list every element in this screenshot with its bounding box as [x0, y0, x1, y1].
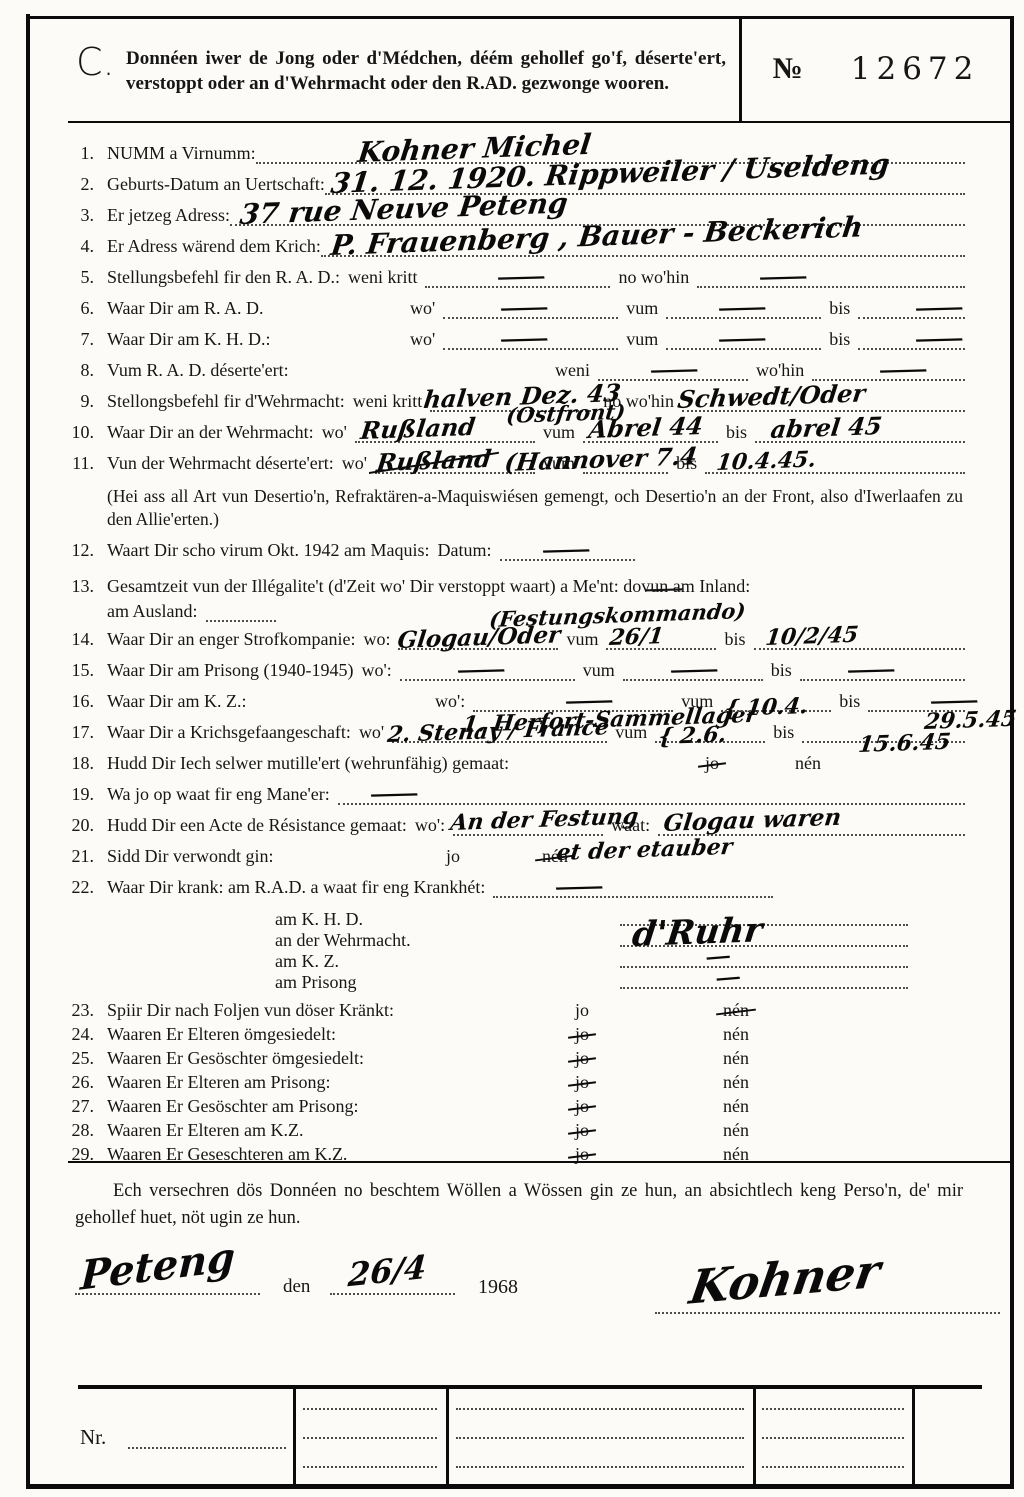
form-item-26: 26. Waaren Er Elteren am Prisong: jo nén — [60, 1075, 965, 1093]
handwritten-dash: — — [453, 657, 509, 682]
handwritten-dash: — — [537, 537, 593, 562]
cell-dotted-line — [303, 1466, 437, 1468]
item-number: 27. — [60, 1096, 94, 1117]
handwritten-dash: — — [714, 326, 770, 351]
field-dotted — [206, 609, 276, 622]
item-number: 4. — [60, 236, 94, 257]
field-dotted: — — [800, 668, 965, 681]
item-label: Vun der Wehrmacht déserte'ert: — [107, 453, 334, 474]
handwritten-place: Peteng — [79, 1233, 236, 1300]
form-item-11: 11. Vun der Wehrmacht déserte'ert: wo' R… — [60, 454, 965, 474]
form-item-22: 22. Waar Dir krank: am R.A.D. a waat fir… — [60, 878, 965, 898]
border-bottom — [26, 1484, 1014, 1489]
field-dotted: — — [858, 306, 965, 319]
item-label: Er Adress wärend dem Krich: — [107, 236, 321, 257]
form-item-20: 20. Hudd Dir een Acte de Résistance gema… — [60, 816, 965, 836]
answer-jo-crossed: jo — [575, 1072, 589, 1093]
field-label: wo' — [342, 453, 367, 474]
item-label: Waar Dir krank: am R.A.D. a waat fir eng… — [107, 877, 485, 898]
form-item-17: 17. Waar Dir a Krichsgefaangeschaft: wo'… — [60, 723, 965, 743]
field-dotted: Rußland (Ostfront) — [355, 430, 535, 443]
handwritten-value: 26/1 — [608, 623, 665, 651]
form-item-4: 4. Er Adress wärend dem Krich: P. Frauen… — [60, 237, 965, 257]
item-number: 2. — [60, 174, 94, 195]
field-label: wo': — [362, 660, 392, 681]
field-dotted: — — [697, 275, 965, 288]
item-number: 19. — [60, 784, 94, 805]
handwritten-dash: — — [714, 295, 770, 320]
handwritten-value: d'Ruhr — [630, 910, 765, 955]
item-11-note: (Hei ass all Art vun Desertio'n, Refrakt… — [107, 485, 963, 531]
handwritten-dash: — — [911, 295, 967, 320]
field-label: weni — [555, 360, 590, 381]
field-dotted: — — [338, 792, 965, 805]
item-number: 20. — [60, 815, 94, 836]
item-number: 24. — [60, 1024, 94, 1045]
answer-nen-crossed: nén — [723, 1000, 749, 1021]
field-dotted: — — [858, 337, 965, 350]
field-dotted: — — [493, 885, 773, 898]
field-label: bis — [829, 329, 850, 350]
field-label: weni kritt — [353, 391, 423, 412]
item-number: 9. — [60, 391, 94, 412]
border-right — [1010, 16, 1014, 1489]
field-dotted: P. Frauenberg , Bauer - Beckerich — [321, 244, 965, 257]
field-dotted: 10/2/45 — [754, 637, 966, 650]
item-label: NUMM a Virnumm: — [107, 143, 256, 164]
form-item-5: 5. Stellungsbefehl fir den R. A. D.: wen… — [60, 268, 965, 288]
item-label: Waar Dir am Prisong (1940-1945) — [107, 660, 354, 681]
handwritten-dash: — — [755, 264, 811, 289]
form-body: 1. NUMM a Virnumm: Kohner Michel 2. Gebu… — [60, 144, 965, 1171]
item-number: 11. — [60, 453, 94, 474]
nr-label: Nr. — [80, 1425, 106, 1450]
form-item-27: 27. Waaren Er Gesöschter am Prisong: jo … — [60, 1099, 965, 1117]
form-item-6: 6. Waar Dir am R. A. D. wo' — vum — bis … — [60, 299, 965, 319]
item-number: 15. — [60, 660, 94, 681]
field-dotted: — — [500, 548, 635, 561]
field-dotted — [583, 461, 668, 474]
form-item-22-sub-khd: am K. H. D. — [60, 909, 965, 928]
footer-col-line — [912, 1385, 915, 1484]
answer-nen: nén — [723, 1096, 749, 1117]
field-label: vum — [615, 722, 647, 743]
field-label: vum — [626, 329, 658, 350]
answer-nen: nén — [723, 1024, 749, 1045]
answer-jo-crossed: jo — [575, 1024, 589, 1045]
header-rule — [68, 121, 1010, 123]
border-left — [26, 14, 30, 1489]
item-sublabel: am K. H. D. — [275, 909, 363, 929]
item-number: 7. — [60, 329, 94, 350]
handwritten-dash: — — [496, 295, 552, 320]
footer-col-line — [753, 1385, 756, 1484]
answer-nen-crossed: nén — [542, 846, 568, 867]
field-dotted: — — [443, 306, 618, 319]
field-label: bis — [724, 629, 745, 650]
item-label: Vum R. A. D. déserte'ert: — [107, 360, 547, 381]
field-label: wo': — [415, 815, 445, 836]
item-label: Waar Dir an der Wehrmacht: — [107, 422, 314, 443]
section-title: Donnéen iwer de Jong oder d'Médchen, déé… — [126, 46, 726, 96]
item-label: Waar Dir am R. A. D. — [107, 298, 402, 319]
footer-col-line — [293, 1385, 296, 1484]
handwritten-value: { 2.6. — [657, 722, 728, 750]
handwritten-dash: — — [493, 264, 549, 289]
field-label: wo' — [410, 329, 435, 350]
cell-dotted-line — [762, 1408, 904, 1410]
field-label: weni kritt — [348, 267, 418, 288]
den-label: den — [283, 1276, 310, 1298]
answer-jo-crossed: jo — [575, 1048, 589, 1069]
item-number: 25. — [60, 1048, 94, 1069]
field-dotted: An der Festung — [453, 823, 603, 836]
field-dotted: 2. Stenay / France — [392, 730, 607, 743]
field-dotted: — — [443, 337, 618, 350]
field-dotted: Schwedt/Oder — [682, 399, 965, 412]
footer-table-top — [78, 1385, 982, 1389]
field-dotted: 15.6.45 — [802, 730, 965, 743]
item-number: 22. — [60, 877, 94, 898]
field-label: wo': — [435, 691, 465, 712]
item-label: Waar Dir am K. H. D.: — [107, 329, 402, 350]
field-label: vum — [566, 629, 598, 650]
field-dotted: — — [620, 976, 908, 989]
item-number: 3. — [60, 205, 94, 226]
item-sublabel: am Ausland: — [107, 601, 198, 622]
item-label: Stellungsbefehl fir den R. A. D.: — [107, 267, 340, 288]
item-label: Geburts-Datum an Uertschaft: — [107, 174, 325, 195]
item-label: Waar Dir an enger Strofkompanie: — [107, 629, 355, 650]
handwritten-value: Glogau waren — [662, 804, 843, 837]
answer-jo-crossed: jo — [575, 1120, 589, 1141]
item-label: Wa jo op waat fir eng Mane'er: — [107, 784, 330, 805]
item-number: 5. — [60, 267, 94, 288]
handwritten-dash: — — [366, 781, 422, 806]
field-dotted: — — [666, 337, 821, 350]
field-dotted: 10.4.45. — [705, 461, 965, 474]
item-number: 17. — [60, 722, 94, 743]
field-dotted: d'Ruhr — [620, 934, 908, 947]
item-number: 8. — [60, 360, 94, 381]
handwritten-value: 2. Stenay / France — [386, 714, 611, 748]
item-number: 6. — [60, 298, 94, 319]
item-label: Waaren Er Gesöschter ömgesiedelt: — [107, 1048, 364, 1069]
form-item-14: 14. Waar Dir an enger Strofkompanie: wo:… — [60, 630, 965, 650]
handwritten-date: 26/4 — [347, 1248, 428, 1295]
field-label: bis — [829, 298, 850, 319]
form-item-16: 16. Waar Dir am K. Z.: wo': — 1. Herfort… — [60, 692, 965, 712]
form-item-19: 19. Wa jo op waat fir eng Mane'er: — — [60, 785, 965, 805]
item-number: 10. — [60, 422, 94, 443]
cell-dotted-line — [456, 1437, 744, 1439]
form-item-22-sub-prisong: am Prisong — — [60, 972, 965, 991]
section-letter: C. — [76, 40, 115, 84]
answer-nen: nén — [795, 753, 821, 774]
item-number: 26. — [60, 1072, 94, 1093]
section-rule — [68, 1161, 1010, 1163]
field-label: no wo'hin — [618, 267, 689, 288]
field-label: bis — [771, 660, 792, 681]
item-number: 23. — [60, 1000, 94, 1021]
document-page: C. Donnéen iwer de Jong oder d'Médchen, … — [0, 0, 1024, 1497]
form-item-23: 23. Spiir Dir nach Foljen vun döser Krän… — [60, 1003, 965, 1021]
item-label: Waaren Er Elteren am Prisong: — [107, 1072, 330, 1093]
handwritten-dash: — — [646, 357, 702, 382]
field-label: wo' — [322, 422, 347, 443]
item-sublabel: an der Wehrmacht. — [275, 930, 411, 950]
answer-nen: nén — [723, 1072, 749, 1093]
cell-dotted-line — [762, 1437, 904, 1439]
answer-jo: jo — [575, 1000, 589, 1021]
form-item-28: 28. Waaren Er Elteren am K.Z. jo nén — [60, 1123, 965, 1141]
handwritten-signature: Kohner — [686, 1243, 884, 1315]
item-label: Waar Dir am K. Z.: — [107, 691, 427, 712]
field-label: bis — [773, 722, 794, 743]
handwritten-dash: — — [843, 657, 899, 682]
numero-sign: № — [773, 52, 803, 86]
item-number: 14. — [60, 629, 94, 650]
item-label: Hudd Dir een Acte de Résistance gemaat: — [107, 815, 407, 836]
item-label: Waaren Er Gesöschter am Prisong: — [107, 1096, 358, 1117]
form-item-22-sub-kz: am K. Z. — — [60, 951, 965, 970]
item-number: 16. — [60, 691, 94, 712]
field-label: vum — [583, 660, 615, 681]
answer-nen: nén — [723, 1120, 749, 1141]
cell-dotted-line — [456, 1408, 744, 1410]
item-label: Waaren Er Elteren ömgesiedelt: — [107, 1024, 336, 1045]
form-number: № 12672 — [742, 17, 1010, 121]
item-number: 28. — [60, 1120, 94, 1141]
field-dotted: 26/1 — [606, 637, 716, 650]
handwritten-dash: — — [551, 874, 607, 899]
field-dotted: — 29.5.45 — [868, 699, 965, 712]
handwritten-value: Rußland — [359, 412, 477, 445]
cell-dotted-line — [456, 1466, 744, 1468]
form-item-8: 8. Vum R. A. D. déserte'ert: weni — wo'h… — [60, 361, 965, 381]
item-number: 18. — [60, 753, 94, 774]
handwritten-value: { 10.4. — [723, 693, 809, 722]
field-dotted: — — [623, 668, 763, 681]
form-item-24: 24. Waaren Er Elteren ömgesiedelt: jo né… — [60, 1027, 965, 1045]
handwritten-dash: — — [875, 357, 931, 382]
nr-dotted-line — [128, 1447, 286, 1449]
item-label: Waar Dir a Krichsgefaangeschaft: — [107, 722, 351, 743]
handwritten-value: Schwedt/Oder — [676, 378, 867, 414]
handwritten-value: abrel 45 — [769, 411, 884, 444]
field-label: bis — [726, 422, 747, 443]
field-dotted: Glogau/Oder (Festungskommando) — [398, 637, 558, 650]
item-number: 1. — [60, 143, 94, 164]
answer-nen: nén — [723, 1048, 749, 1069]
form-item-22-sub-wehrmacht: an der Wehrmacht. d'Ruhr — [60, 930, 965, 949]
field-dotted: — 1. Herfort-Sammellager — [473, 699, 673, 712]
form-item-10: 10. Waar Dir an der Wehrmacht: wo' Rußla… — [60, 423, 965, 443]
field-label: wo'hin — [756, 360, 804, 381]
item-number: 13. — [60, 572, 94, 601]
field-dotted: — — [620, 955, 908, 968]
form-item-18: 18. Hudd Dir Iech selwer mutille'ert (we… — [60, 754, 965, 774]
item-label: Er jetzeg Adress: — [107, 205, 230, 226]
item-sublabel: am K. Z. — [275, 951, 339, 971]
answer-jo-crossed: jo — [575, 1096, 589, 1117]
handwritten-dash: — — [496, 326, 552, 351]
item-sublabel: am Prisong — [275, 972, 357, 992]
item-number: 12. — [60, 540, 94, 561]
field-label: Datum: — [438, 540, 492, 561]
item-label: Stellongsbefehl fir d'Wehrmacht: — [107, 391, 345, 412]
field-label: vum — [626, 298, 658, 319]
field-dotted: Rußland (Hannover 7.4 — [375, 461, 535, 474]
field-dotted: abrel 45 — [755, 430, 965, 443]
handwritten-dash: — — [911, 326, 967, 351]
handwritten-value: 10/2/45 — [764, 622, 860, 651]
item-label: Hudd Dir Iech selwer mutille'ert (wehrun… — [107, 753, 509, 774]
cell-dotted-line — [303, 1408, 437, 1410]
field-label: bis — [839, 691, 860, 712]
handwritten-value: 10.4.45. — [715, 446, 818, 476]
handwritten-dash: — — [752, 572, 757, 601]
form-item-15: 15. Waar Dir am Prisong (1940-1945) wo':… — [60, 661, 965, 681]
year-label: 1968 — [478, 1276, 518, 1299]
field-label: wo' — [359, 722, 384, 743]
handwritten-value: Abrel 44 — [587, 411, 705, 444]
field-label: wo' — [410, 298, 435, 319]
form-item-12: 12. Waart Dir scho virum Okt. 1942 am Ma… — [60, 541, 965, 561]
form-number-value: 12672 — [851, 51, 980, 87]
field-dotted: — — [425, 275, 610, 288]
answer-jo: jo — [446, 846, 460, 867]
cell-dotted-line — [762, 1466, 904, 1468]
footer-col-line — [446, 1385, 449, 1484]
handwritten-dash: — — [713, 964, 742, 990]
field-dotted: — — [400, 668, 575, 681]
item-label: Sidd Dir verwondt gin: — [107, 846, 274, 867]
item-label: Waaren Er Elteren am K.Z. — [107, 1120, 303, 1141]
cell-dotted-line — [303, 1437, 437, 1439]
field-dotted: — — [666, 306, 821, 319]
field-label: wo: — [363, 629, 390, 650]
field-dotted: { 10.4. — [721, 699, 831, 712]
handwritten-value-crossed: Rußland — [375, 444, 493, 477]
handwritten-dash: — — [666, 657, 722, 682]
form-item-25: 25. Waaren Er Gesöschter ömgesiedelt: jo… — [60, 1051, 965, 1069]
field-dotted: { 2.6. — [655, 730, 765, 743]
answer-jo-crossed: jo — [705, 753, 719, 774]
item-label: Spiir Dir nach Foljen vun döser Kränkt: — [107, 1000, 394, 1021]
form-item-21: 21. Sidd Dir verwondt gin: jo nén — [60, 847, 965, 867]
form-item-7: 7. Waar Dir am K. H. D.: wo' — vum — bis… — [60, 330, 965, 350]
item-label: Waart Dir scho virum Okt. 1942 am Maquis… — [107, 540, 430, 561]
item-number: 21. — [60, 846, 94, 867]
declaration-text: Ech versechren dös Donnéen no beschtem W… — [75, 1178, 963, 1232]
